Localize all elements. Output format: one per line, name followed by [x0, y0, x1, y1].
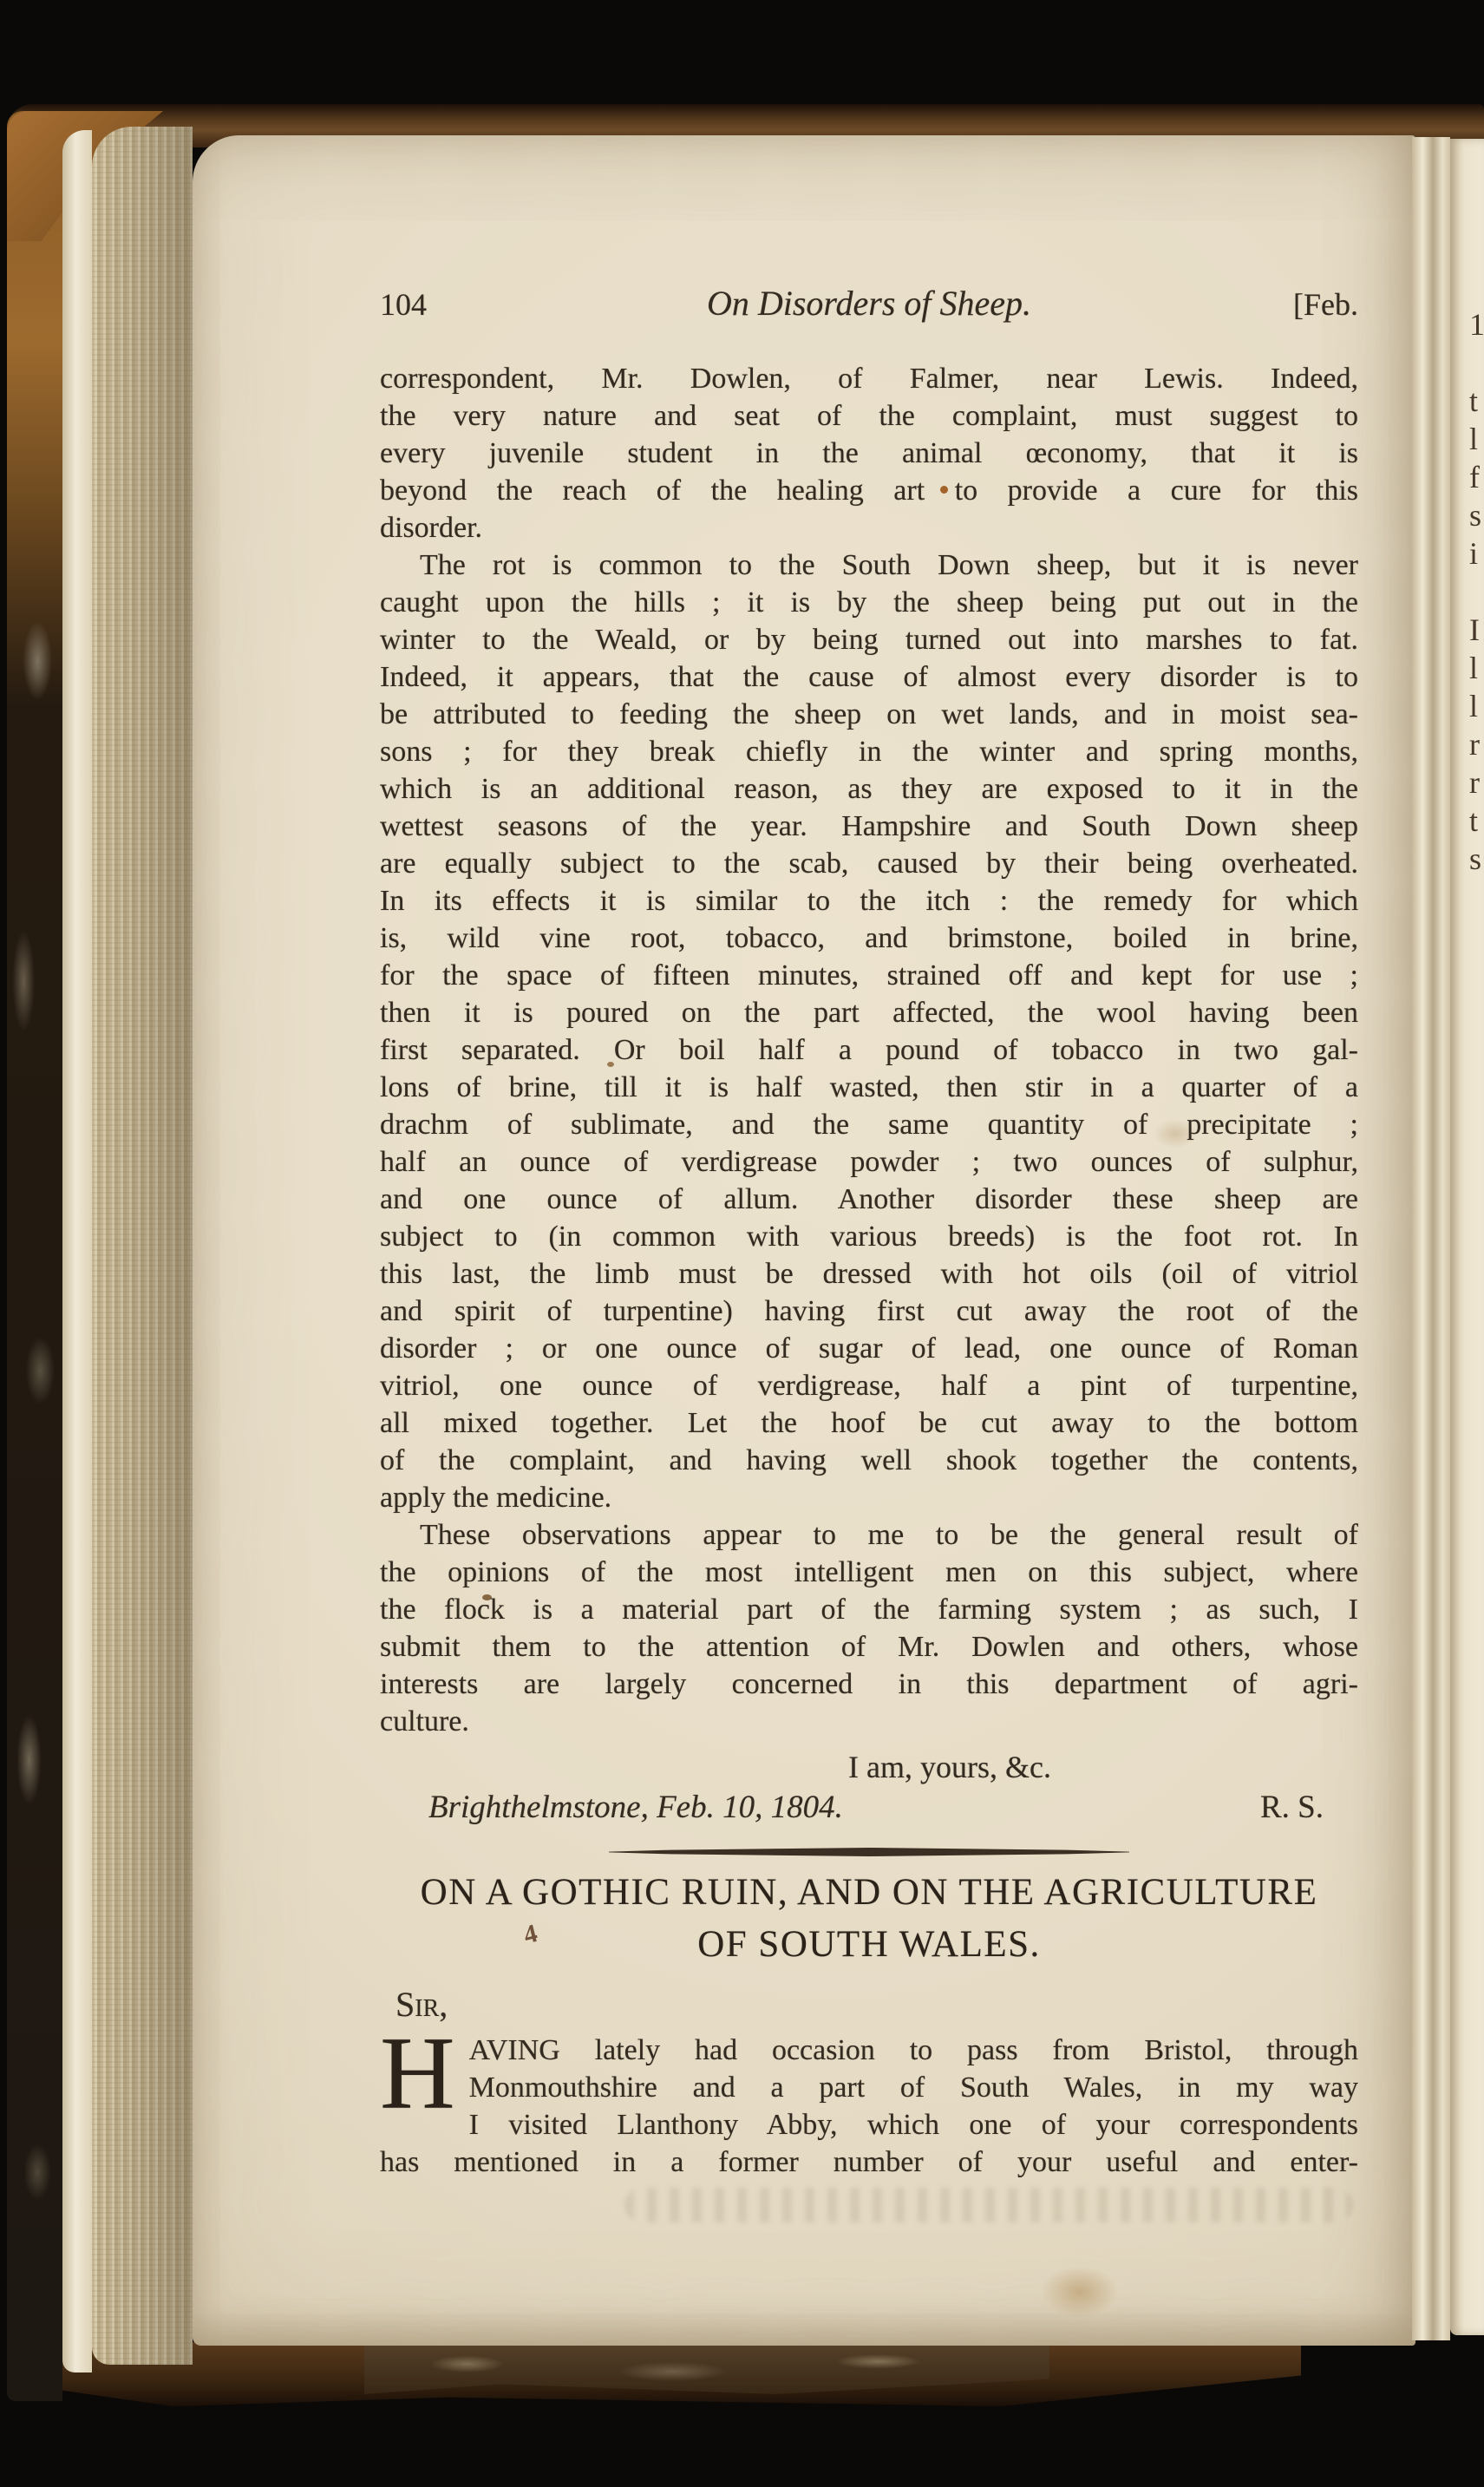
text-line: I visited Llanthony Abby, which one of y… — [469, 2106, 1358, 2143]
dateline: Brighthelmstone, Feb. 10, 1804. — [428, 1789, 843, 1826]
text-line: lons of brine, till it is half wasted, t… — [380, 1069, 1358, 1106]
facing-page-text-fragments: 1 t l f s i I l l r r t s — [1469, 305, 1484, 1329]
closing-line: I am, yours, &c. — [848, 1747, 1358, 1787]
text-line: vitriol, one ounce of verdigrease, half … — [380, 1367, 1358, 1404]
book-photo: 1 t l f s i I l l r r t s 4 104 On Disor… — [0, 0, 1484, 2487]
marbled-cover-edge — [7, 111, 62, 2401]
page-edge-stack — [92, 127, 193, 2365]
inner-page-edge — [62, 130, 92, 2372]
text-line: AVING lately had occasion to pass from B… — [469, 2032, 1358, 2069]
text-line: sons ; for they break chiefly in the win… — [380, 733, 1358, 770]
text-line: winter to the Weald, or by being turned … — [380, 621, 1358, 658]
text-line: subject to (in common with various breed… — [380, 1218, 1358, 1255]
article-sheep-body: correspondent, Mr. Dowlen, of Falmer, ne… — [380, 360, 1358, 1740]
running-title: On Disorders of Sheep. — [545, 283, 1193, 324]
section-rule — [609, 1848, 1129, 1856]
drop-cap: H — [380, 2037, 455, 2110]
text-line: half an ounce of verdigrease powder ; tw… — [380, 1143, 1358, 1181]
text-line: In its effects it is similar to the itch… — [380, 882, 1358, 920]
text-line: the very nature and seat of the complain… — [380, 397, 1358, 435]
article-wales-opening: H AVING lately had occasion to pass from… — [380, 2032, 1358, 2181]
paragraph: AVING lately had occasion to pass from B… — [380, 2032, 1358, 2181]
text-line: which is an additional reason, as they a… — [380, 770, 1358, 808]
text-line: the opinions of the most intelligent men… — [380, 1554, 1358, 1591]
text-line: this last, the limb must be dressed with… — [380, 1255, 1358, 1293]
signature: R. S. — [1260, 1789, 1324, 1826]
paragraph: The rot is common to the South Down shee… — [380, 546, 1358, 1516]
text-line: interests are largely concerned in this … — [380, 1666, 1358, 1703]
text-line: then it is poured on the part affected, … — [380, 994, 1358, 1031]
text-line: for the space of fifteen minutes, strain… — [380, 957, 1358, 994]
text-line: beyond the reach of the healing art to p… — [380, 472, 1358, 509]
text-line: Indeed, it appears, that the cause of al… — [380, 658, 1358, 696]
text-line: culture. — [380, 1703, 1358, 1740]
text-line: correspondent, Mr. Dowlen, of Falmer, ne… — [380, 360, 1358, 397]
gutter-crease — [1412, 137, 1450, 2340]
signature-row: Brighthelmstone, Feb. 10, 1804. R. S. — [380, 1789, 1358, 1834]
text-line: These observations appear to me to be th… — [380, 1516, 1358, 1554]
issue-label: [Feb. — [1193, 286, 1358, 323]
text-line: Monmouthshire and a part of South Wales,… — [469, 2069, 1358, 2106]
text-line: apply the medicine. — [380, 1479, 1358, 1516]
text-line: first separated. Or boil half a pound of… — [380, 1031, 1358, 1069]
page-number: 104 — [380, 286, 545, 323]
text-line: The rot is common to the South Down shee… — [380, 546, 1358, 584]
text-line: all mixed together. Let the hoof be cut … — [380, 1404, 1358, 1442]
text-line: caught upon the hills ; it is by the she… — [380, 584, 1358, 621]
text-line: disorder ; or one ounce of sugar of lead… — [380, 1330, 1358, 1367]
text-line: be attributed to feeding the sheep on we… — [380, 696, 1358, 733]
page-text: 104 On Disorders of Sheep. [Feb. corresp… — [380, 283, 1358, 2181]
paragraph: These observations appear to me to be th… — [380, 1516, 1358, 1740]
text-line: and one ounce of allum. Another disorder… — [380, 1181, 1358, 1218]
text-line: is, wild vine root, tobacco, and brimsto… — [380, 920, 1358, 957]
text-line: has mentioned in a former number of your… — [380, 2143, 1358, 2181]
text-line: and spirit of turpentine) having first c… — [380, 1293, 1358, 1330]
text-line: submit them to the attention of Mr. Dowl… — [380, 1628, 1358, 1666]
article-heading-line1: ON A GOTHIC RUIN, AND ON THE AGRICULTURE — [380, 1867, 1358, 1919]
show-through-ghost — [624, 2188, 1353, 2222]
page-header: 104 On Disorders of Sheep. [Feb. — [380, 283, 1358, 324]
text-line: the flock is a material part of the farm… — [380, 1591, 1358, 1628]
text-line: wettest seasons of the year. Hampshire a… — [380, 808, 1358, 845]
text-line: drachm of sublimate, and the same quanti… — [380, 1106, 1358, 1143]
text-line: every juvenile student in the animal œco… — [380, 435, 1358, 472]
text-line: of the complaint, and having well shook … — [380, 1442, 1358, 1479]
salutation: Sir, — [380, 1981, 1358, 2028]
article-heading-line2: OF SOUTH WALES. — [380, 1919, 1358, 1971]
page-stain — [1041, 2266, 1119, 2318]
text-line: are equally subject to the scab, caused … — [380, 845, 1358, 882]
paragraph: correspondent, Mr. Dowlen, of Falmer, ne… — [380, 360, 1358, 546]
text-line: disorder. — [380, 509, 1358, 546]
